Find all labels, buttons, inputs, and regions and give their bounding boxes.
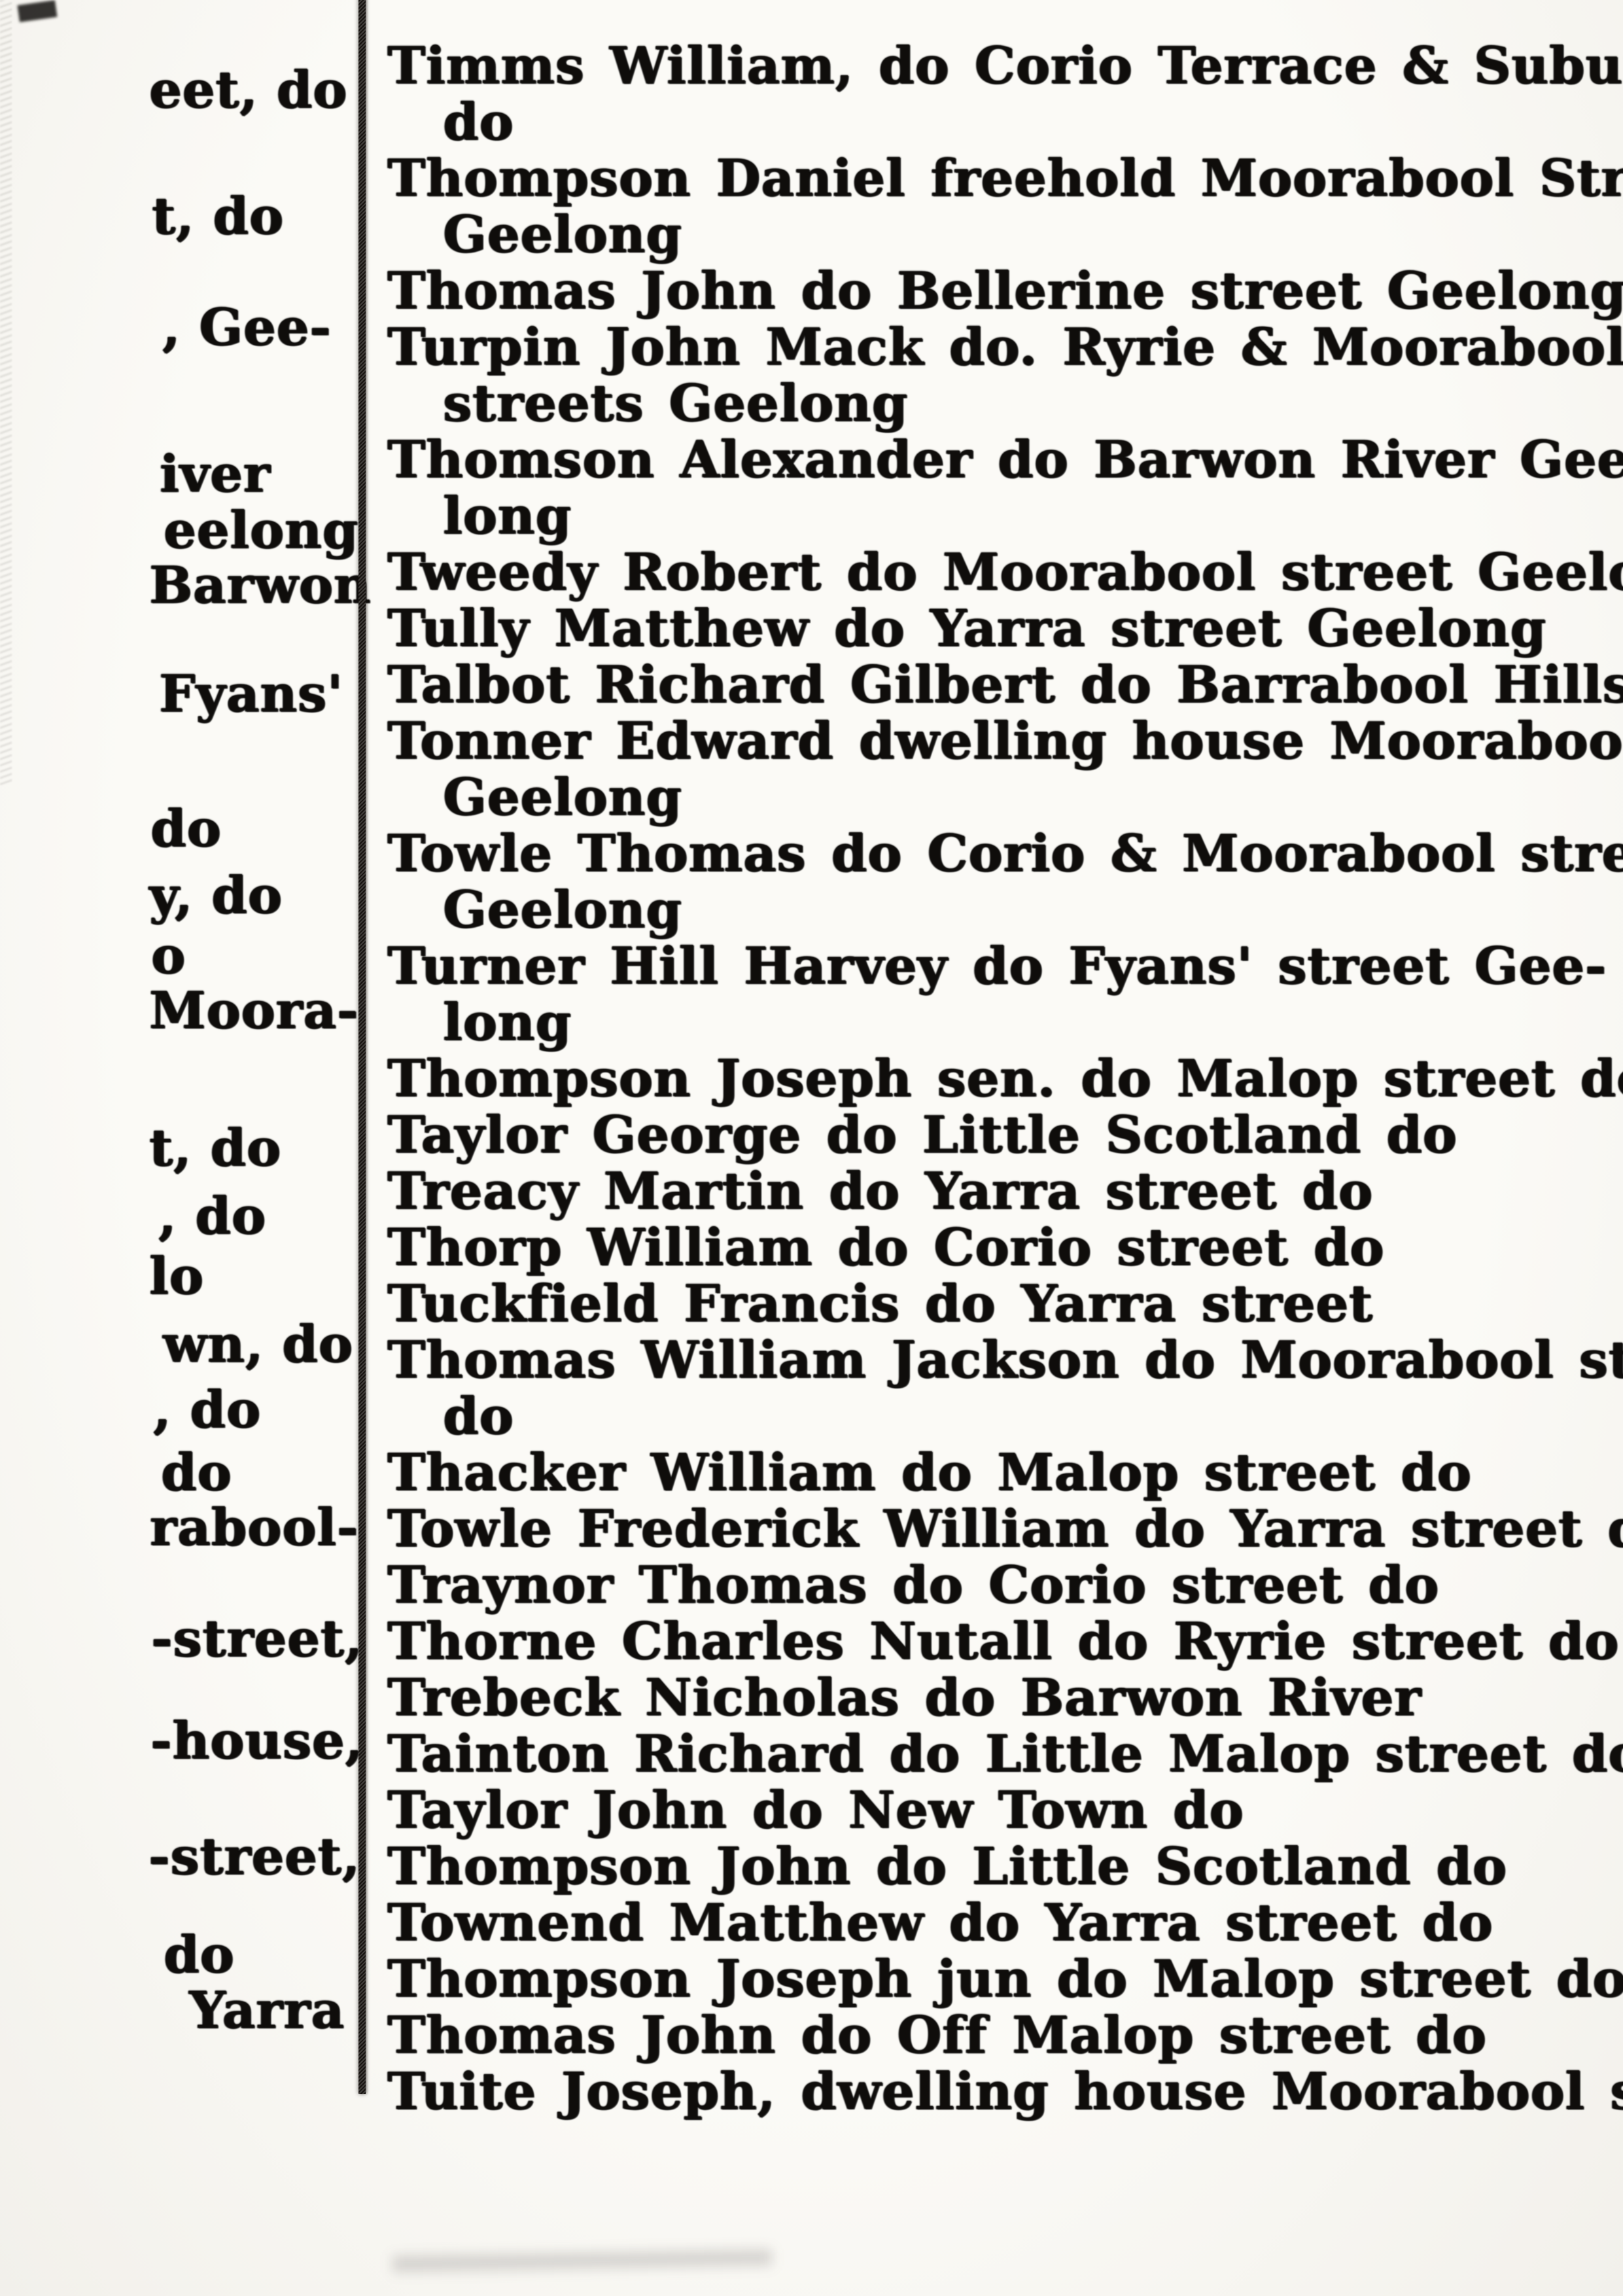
entry-line: Thomas John do Bellerine street Geelong — [387, 263, 1604, 319]
scanned-directory-page: { "colors": { "paper": "#fbfaf6", "ink":… — [0, 0, 1623, 2296]
left-column-fragment: iver — [160, 446, 271, 503]
directory-entry: Tonner Edward dwelling house Moorabool s… — [387, 713, 1604, 826]
left-column-fragment: lo — [149, 1248, 204, 1305]
page: eet, dot, do, Gee-ivereelongBarwonFyans'… — [0, 0, 1623, 2296]
entry-line: Tainton Richard do Little Malop street d… — [387, 1726, 1604, 1782]
directory-entry: Turpin John Mack do. Ryrie & Mooraboolst… — [387, 319, 1604, 432]
entry-line: Turpin John Mack do. Ryrie & Moorabool — [387, 319, 1604, 376]
directory-entry: Turner Hill Harvey do Fyans' street Gee-… — [387, 938, 1604, 1051]
left-column-fragment: Moora- — [149, 983, 358, 1039]
directory-entry: Treacy Martin do Yarra street do — [387, 1163, 1604, 1220]
entry-continuation-line: do — [387, 1388, 1604, 1445]
left-column-fragment: t, do — [152, 188, 284, 245]
entry-line: Tweedy Robert do Moorabool street Geelon… — [387, 544, 1604, 601]
left-column-fragment: eet, do — [149, 62, 347, 118]
directory-entry: Taylor John do New Town do — [387, 1782, 1604, 1839]
directory-entry: Thorne Charles Nutall do Ryrie street do — [387, 1614, 1604, 1670]
left-column-fragment: , Gee- — [162, 300, 332, 356]
left-column-fragment: -house, — [150, 1713, 364, 1769]
entry-line: Thomas William Jackson do Moorabool stre… — [387, 1332, 1604, 1388]
directory-entry: Thomson Alexander do Barwon River Gee-lo… — [387, 432, 1604, 544]
directory-entry: Tully Matthew do Yarra street Geelong — [387, 601, 1604, 657]
entry-line: Thorp William do Corio street do — [387, 1220, 1604, 1276]
directory-entry: Timms William, do Corio Terrace & Suburb… — [387, 38, 1604, 150]
left-column-fragment: , do — [153, 1382, 261, 1438]
left-column-fragment: eelong — [164, 503, 358, 559]
directory-entry: Thompson Joseph jun do Malop street do — [387, 1951, 1604, 2007]
directory-entry: Trebeck Nicholas do Barwon River — [387, 1670, 1604, 1726]
entry-line: Tuckfield Francis do Yarra street — [387, 1276, 1604, 1332]
left-column-fragment: do — [150, 801, 222, 857]
directory-entry: Thomas William Jackson do Moorabool stre… — [387, 1332, 1604, 1445]
entry-line: Tully Matthew do Yarra street Geelong — [387, 601, 1604, 657]
entry-line: Turner Hill Harvey do Fyans' street Gee- — [387, 938, 1604, 995]
entry-line: Townend Matthew do Yarra street do — [387, 1895, 1604, 1951]
entry-line: Taylor George do Little Scotland do — [387, 1107, 1604, 1163]
directory-entry: Thorp William do Corio street do — [387, 1220, 1604, 1276]
entry-line: Thompson John do Little Scotland do — [387, 1839, 1604, 1895]
entry-continuation-line: Geelong — [387, 207, 1604, 263]
directory-entry: Tweedy Robert do Moorabool street Geelon… — [387, 544, 1604, 601]
entry-line: Thomas John do Off Malop street do — [387, 2007, 1604, 2064]
left-column-fragment: , do — [158, 1188, 266, 1245]
directory-entry: Thomas John do Off Malop street do — [387, 2007, 1604, 2064]
entry-line: Thomson Alexander do Barwon River Gee- — [387, 432, 1604, 488]
left-column-fragment: o — [151, 928, 186, 984]
entry-line: Thompson Daniel freehold Moorabool Stree… — [387, 150, 1604, 207]
entry-line: Thompson Joseph jun do Malop street do — [387, 1951, 1604, 2007]
entry-continuation-line: Geelong — [387, 769, 1604, 826]
entry-line: Taylor John do New Town do — [387, 1782, 1604, 1839]
left-column-fragment: t, do — [149, 1120, 281, 1176]
entry-line: Timms William, do Corio Terrace & Suburb… — [387, 38, 1604, 94]
directory-entry: Talbot Richard Gilbert do Barrabool Hill… — [387, 657, 1604, 713]
left-column-fragment: do — [161, 1445, 232, 1501]
entry-line: Towle Frederick William do Yarra street … — [387, 1501, 1604, 1557]
directory-entry: Thompson Joseph sen. do Malop street do — [387, 1051, 1604, 1107]
entry-continuation-line: long — [387, 488, 1604, 544]
directory-entry: Tuite Joseph, dwelling house Moorabool s… — [387, 2064, 1604, 2120]
directory-entry: Tuckfield Francis do Yarra street — [387, 1276, 1604, 1332]
directory-entry: Thompson Daniel freehold Moorabool Stree… — [387, 150, 1604, 263]
directory-entry: Thacker William do Malop street do — [387, 1445, 1604, 1501]
entry-continuation-line: Geelong — [387, 882, 1604, 938]
left-column-fragment: wn, do — [163, 1316, 353, 1373]
left-column-fragment: y, do — [149, 868, 283, 924]
left-column-fragment: Barwon — [149, 557, 371, 614]
entry-line: Thacker William do Malop street do — [387, 1445, 1604, 1501]
right-column: Timms William, do Corio Terrace & Suburb… — [387, 38, 1604, 2120]
entry-line: Thorne Charles Nutall do Ryrie street do — [387, 1614, 1604, 1670]
bottom-scan-smudge — [393, 2249, 772, 2272]
left-column-fragment: Yarra — [189, 1983, 345, 2039]
directory-entry: Towle Frederick William do Yarra street … — [387, 1501, 1604, 1557]
directory-entry: Thompson John do Little Scotland do — [387, 1839, 1604, 1895]
entry-continuation-line: streets Geelong — [387, 376, 1604, 432]
entry-line: Trebeck Nicholas do Barwon River — [387, 1670, 1604, 1726]
left-column-fragment: -street, — [151, 1611, 363, 1667]
directory-entry: Taylor George do Little Scotland do — [387, 1107, 1604, 1163]
entry-line: Towle Thomas do Corio & Moorabool street… — [387, 826, 1604, 882]
entry-continuation-line: do — [387, 94, 1604, 150]
directory-entry: Thomas John do Bellerine street Geelong — [387, 263, 1604, 319]
left-column-fragment: -street, — [148, 1829, 360, 1885]
entry-line: Treacy Martin do Yarra street do — [387, 1163, 1604, 1220]
entry-line: Tonner Edward dwelling house Moorabool s… — [387, 713, 1604, 769]
directory-entry: Tainton Richard do Little Malop street d… — [387, 1726, 1604, 1782]
column-rule-line — [358, 0, 366, 2094]
entry-line: Thompson Joseph sen. do Malop street do — [387, 1051, 1604, 1107]
left-edge-scan-noise — [0, 0, 12, 785]
left-column-fragment: do — [164, 1927, 235, 1983]
left-column-fragment: Fyans' — [159, 666, 343, 722]
top-left-ink-mark — [17, 0, 57, 22]
entry-continuation-line: long — [387, 995, 1604, 1051]
entry-line: Tuite Joseph, dwelling house Moorabool s… — [387, 2064, 1604, 2120]
entry-line: Traynor Thomas do Corio street do — [387, 1557, 1604, 1614]
entry-line: Talbot Richard Gilbert do Barrabool Hill… — [387, 657, 1604, 713]
left-column-fragment: rabool- — [150, 1500, 358, 1556]
directory-entry: Traynor Thomas do Corio street do — [387, 1557, 1604, 1614]
directory-entry: Towle Thomas do Corio & Moorabool street… — [387, 826, 1604, 938]
directory-entry: Townend Matthew do Yarra street do — [387, 1895, 1604, 1951]
